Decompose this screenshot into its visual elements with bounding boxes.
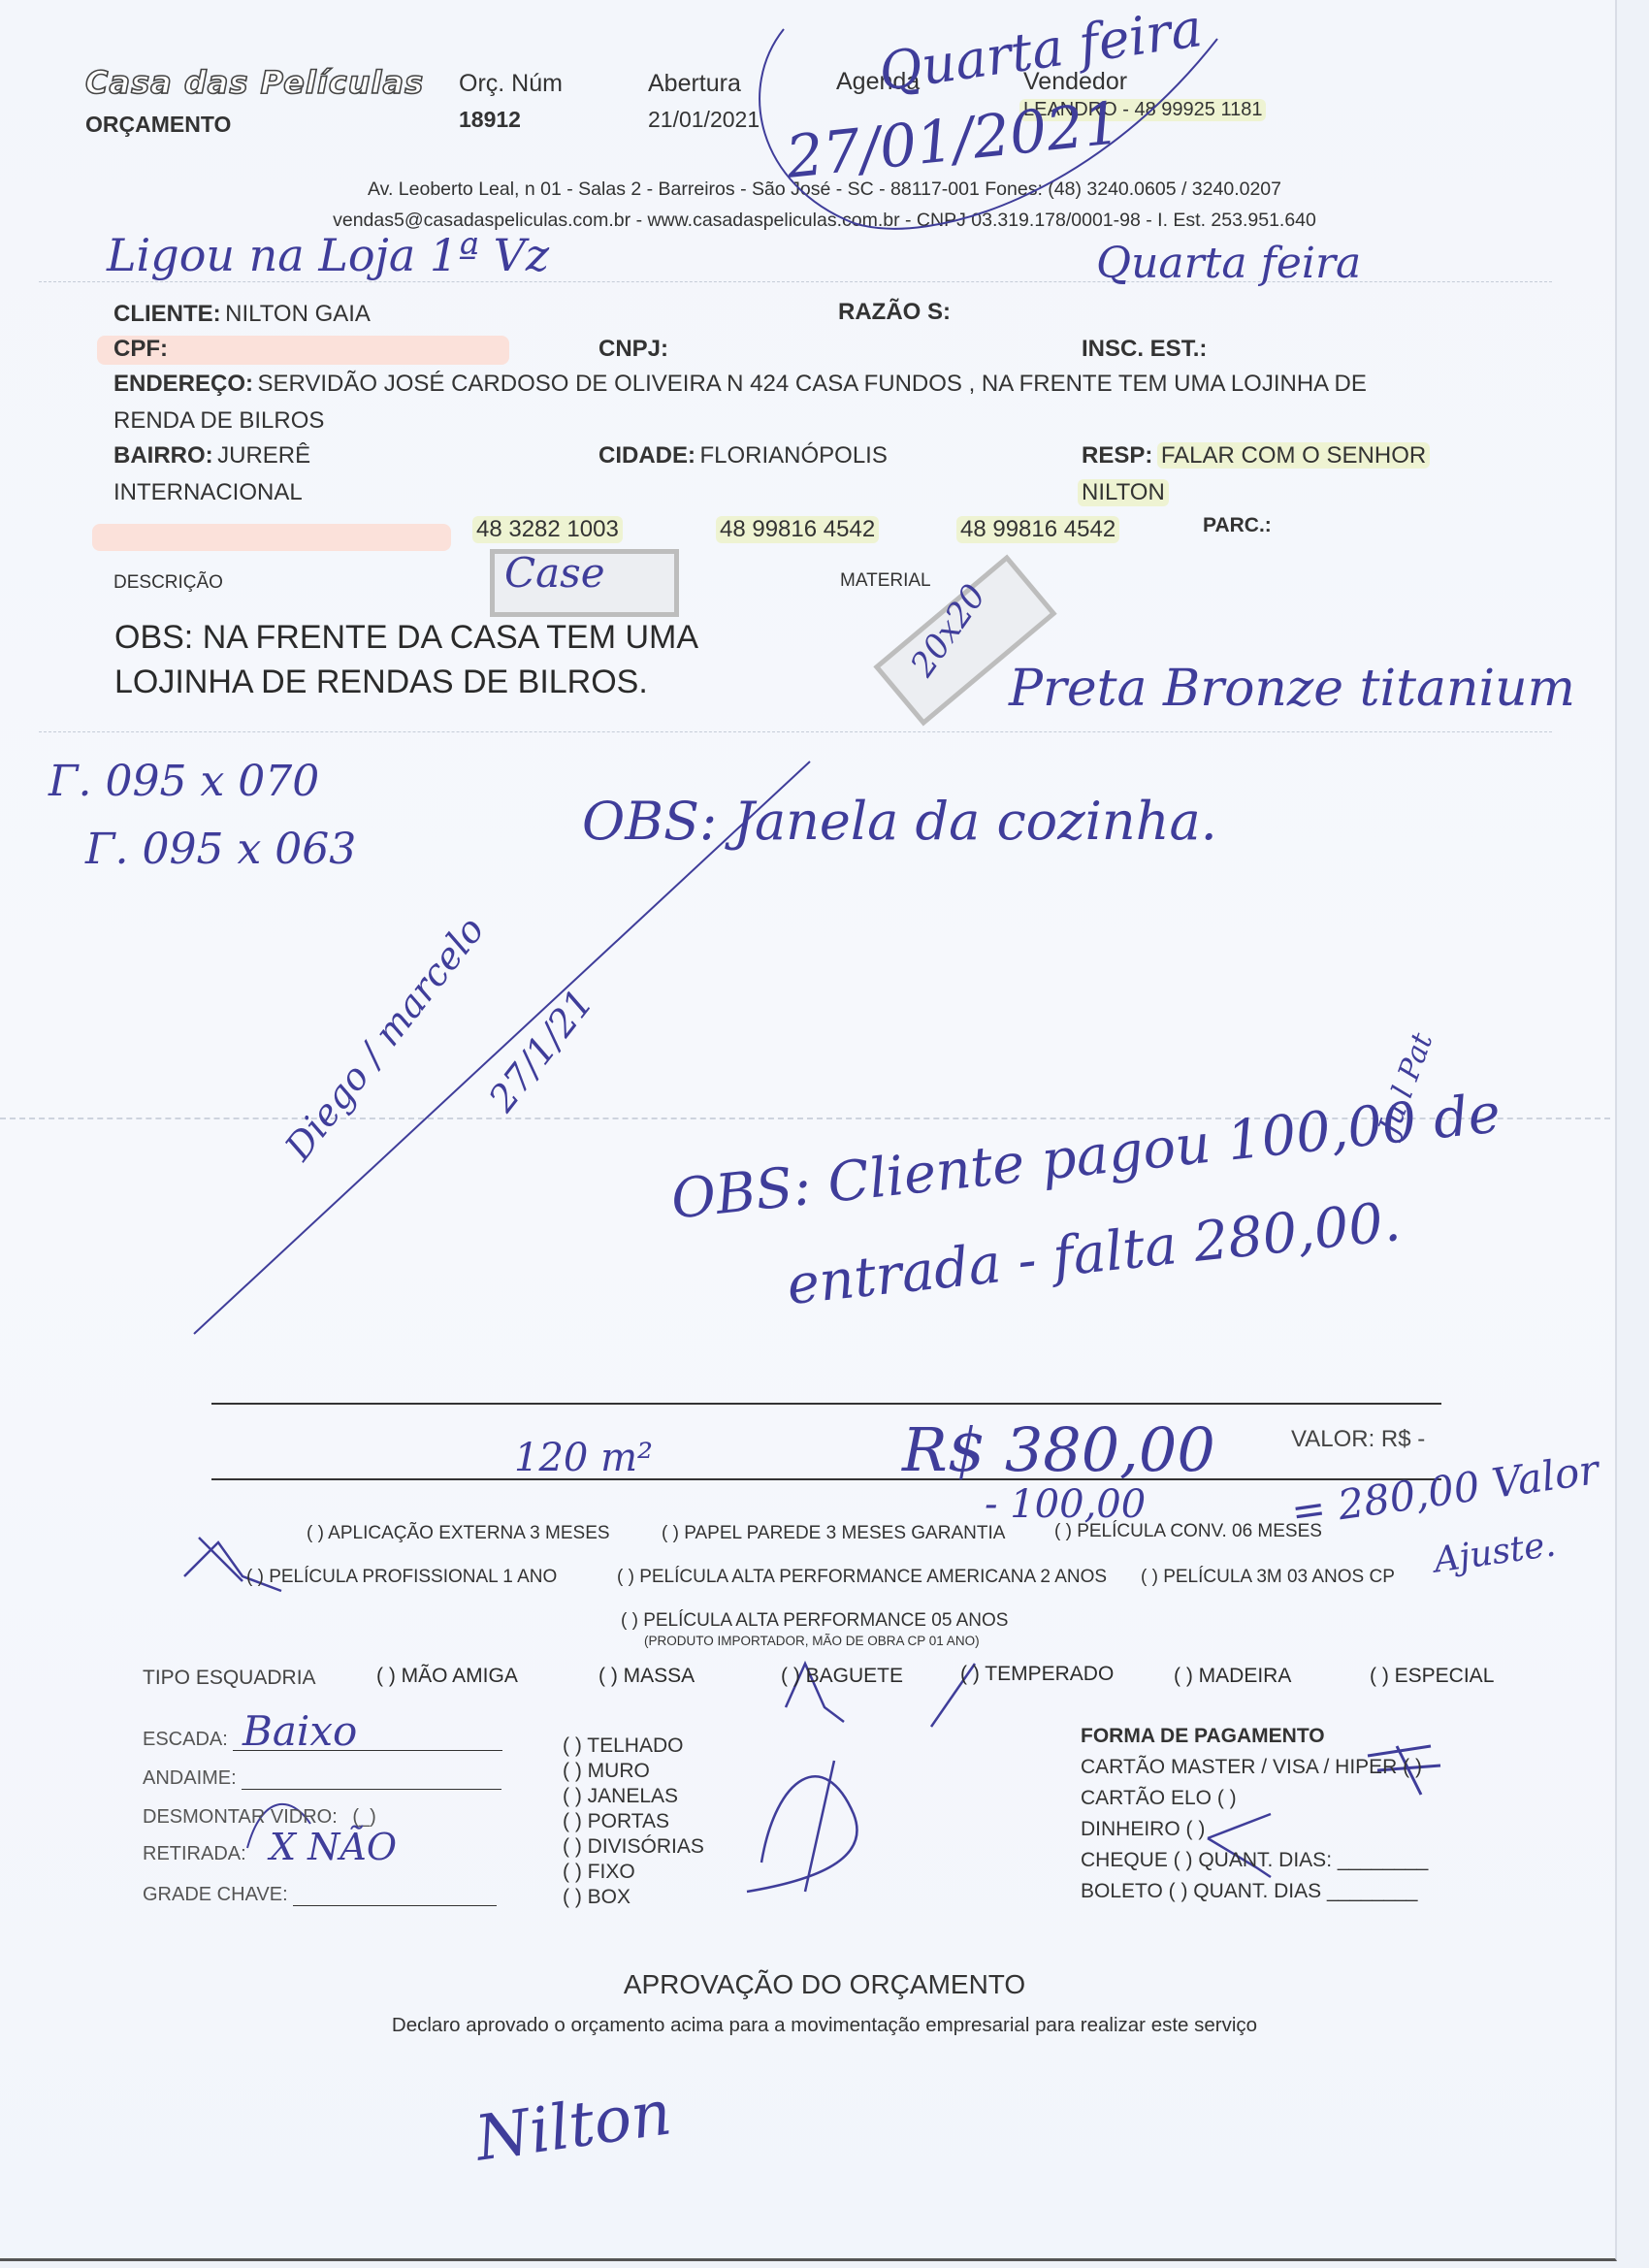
bairro-value: JURERÊ <box>217 442 310 469</box>
desmontar-label: DESMONTAR VIDRO: <box>143 1806 338 1828</box>
cidade-value: FLORIANÓPOLIS <box>699 442 887 469</box>
location-portas[interactable]: ( ) PORTAS <box>563 1809 704 1834</box>
esquadria-madeira[interactable]: ( ) MADEIRA <box>1174 1665 1291 1688</box>
cidade-field: CIDADE: FLORIANÓPOLIS <box>598 442 888 470</box>
measure-2: Γ. 095 x 063 <box>85 825 356 874</box>
payment-cartao-master[interactable]: CARTÃO MASTER / VISA / HIPER ( ) <box>1081 1752 1428 1783</box>
grade-chave-input[interactable] <box>293 1886 497 1906</box>
material-label: MATERIAL <box>840 570 931 592</box>
phone-redaction <box>92 524 451 551</box>
andaime-input[interactable] <box>242 1769 501 1790</box>
option-aplicacao-externa[interactable]: ( ) APLICAÇÃO EXTERNA 3 MESES <box>307 1523 610 1544</box>
phone-2: 48 99816 4542 <box>716 516 879 543</box>
location-divisorias[interactable]: ( ) DIVISÓRIAS <box>563 1834 704 1860</box>
measure-1: Γ. 095 x 070 <box>48 757 319 806</box>
esquadria-massa[interactable]: ( ) MASSA <box>598 1665 695 1688</box>
option-pelicula-profissional[interactable]: ( ) PELÍCULA PROFISSIONAL 1 ANO <box>246 1567 557 1588</box>
cliente-value: NILTON GAIA <box>225 301 371 327</box>
orc-num: 18912 <box>459 107 521 133</box>
retirada-label: RETIRADA: <box>143 1843 246 1865</box>
esquadria-baguete[interactable]: ( ) BAGUETE <box>781 1665 903 1688</box>
orc-num-label: Orç. Núm <box>459 70 563 98</box>
cliente-label: CLIENTE: <box>113 301 221 327</box>
value-line-1 <box>211 1403 1441 1405</box>
location-list: ( ) TELHADO ( ) MURO ( ) JANELAS ( ) POR… <box>563 1733 704 1910</box>
resp-label: RESP: <box>1082 442 1152 469</box>
endereco-line2: RENDA DE BILROS <box>113 407 324 435</box>
valor-label: VALOR: R$ - <box>1291 1426 1425 1453</box>
company-logo: Casa das Películas <box>85 64 424 101</box>
divider <box>39 731 1552 732</box>
option-pelicula-3m[interactable]: ( ) PELÍCULA 3M 03 ANOS CP <box>1141 1567 1395 1588</box>
payment-cheque[interactable]: CHEQUE ( ) QUANT. DIAS: ________ <box>1081 1845 1428 1876</box>
payment-section: FORMA DE PAGAMENTO CARTÃO MASTER / VISA … <box>1081 1721 1428 1907</box>
parc-label: PARC.: <box>1203 514 1272 537</box>
call-note: Ligou na Loja 1ª Vz <box>107 229 549 281</box>
esquadria-label: TIPO ESQUADRIA <box>143 1667 316 1690</box>
cpf-label: CPF: <box>113 336 168 363</box>
andaime-label: ANDAIME: <box>143 1767 237 1789</box>
escada-label: ESCADA: <box>143 1729 228 1750</box>
location-fixo[interactable]: ( ) FIXO <box>563 1860 704 1885</box>
payment-boleto[interactable]: BOLETO ( ) QUANT. DIAS ________ <box>1081 1876 1428 1907</box>
razao-label: RAZÃO S: <box>838 299 951 326</box>
approval-statement: Declaro aprovado o orçamento acima para … <box>0 2014 1649 2037</box>
insc-est-label: INSC. EST.: <box>1082 336 1207 363</box>
signoff-date: 27/1/21 <box>480 981 601 1119</box>
cnpj-label: CNPJ: <box>598 336 668 363</box>
agenda-date: 27/01/2021 <box>783 89 1123 192</box>
bairro-field: BAIRRO: JURERÊ <box>113 442 310 470</box>
price-value: R$ 380,00 <box>902 1414 1215 1485</box>
payment-dinheiro[interactable]: DINHEIRO ( ) <box>1081 1814 1428 1845</box>
abertura-date: 21/01/2021 <box>648 107 760 133</box>
quote-document: Casa das Películas ORÇAMENTO Orç. Núm 18… <box>0 0 1617 2261</box>
area-value: 120 m² <box>514 1436 653 1480</box>
payment-cartao-elo[interactable]: CARTÃO ELO ( ) <box>1081 1783 1428 1814</box>
location-janelas[interactable]: ( ) JANELAS <box>563 1784 704 1809</box>
cliente-field: CLIENTE: NILTON GAIA <box>113 301 371 328</box>
descricao-label: DESCRIÇÃO <box>113 572 223 594</box>
esquadria-temperado[interactable]: ( ) TEMPERADO <box>960 1663 1114 1686</box>
phone-1: 48 3282 1003 <box>472 516 623 543</box>
desmontar-checkbox[interactable]: (_) <box>352 1806 375 1828</box>
option-alta-performance-americana[interactable]: ( ) PELÍCULA ALTA PERFORMANCE AMERICANA … <box>617 1567 1107 1588</box>
esquadria-mao-amiga[interactable]: ( ) MÃO AMIGA <box>376 1665 518 1688</box>
cidade-label: CIDADE: <box>598 442 695 469</box>
payment-title: FORMA DE PAGAMENTO <box>1081 1721 1428 1752</box>
balance-value: = 280,00 Valor <box>1288 1445 1601 1536</box>
bairro-line2: INTERNACIONAL <box>113 479 303 506</box>
option-pelicula-conv[interactable]: ( ) PELÍCULA CONV. 06 MESES <box>1054 1521 1322 1542</box>
endereco-label: ENDEREÇO: <box>113 371 253 397</box>
location-muro[interactable]: ( ) MURO <box>563 1759 704 1784</box>
endereco-line1: SERVIDÃO JOSÉ CARDOSO DE OLIVEIRA N 424 … <box>257 371 1366 397</box>
option-alta-performance-05[interactable]: ( ) PELÍCULA ALTA PERFORMANCE 05 ANOS <box>621 1610 1008 1632</box>
case-stamp-text: Case <box>504 549 605 597</box>
ajuste-note: Ajuste. <box>1432 1524 1559 1580</box>
obs-line-2: LOJINHA DE RENDAS DE BILROS. <box>114 660 698 704</box>
abertura-label: Abertura <box>648 70 741 98</box>
grade-chave-field: GRADE CHAVE: <box>143 1884 497 1906</box>
retirada-value: X NÃO <box>270 1826 397 1868</box>
obs-window-note: OBS: Janela da cozinha. <box>582 791 1217 852</box>
approval-title: APROVAÇÃO DO ORÇAMENTO <box>0 1969 1649 2000</box>
location-box[interactable]: ( ) BOX <box>563 1885 704 1910</box>
value-line-2 <box>211 1478 1441 1480</box>
material-note: Preta Bronze titanium <box>1009 660 1575 718</box>
option-papel-parede[interactable]: ( ) PAPEL PAREDE 3 MESES GARANTIA <box>662 1523 1005 1544</box>
client-signature: Nilton <box>471 2077 676 2175</box>
esquadria-especial[interactable]: ( ) ESPECIAL <box>1370 1665 1494 1688</box>
escada-value: Baixo <box>242 1707 357 1755</box>
resp-value: FALAR COM O SENHOR <box>1157 442 1430 469</box>
weekday-note: Quarta feira <box>1096 239 1361 288</box>
signoff-names: Diego / marcelo <box>276 909 492 1168</box>
andaime-field: ANDAIME: <box>143 1767 501 1790</box>
resp-field: RESP: FALAR COM O SENHOR <box>1082 442 1430 470</box>
description-obs: OBS: NA FRENTE DA CASA TEM UMA LOJINHA D… <box>114 615 698 704</box>
document-type: ORÇAMENTO <box>85 112 231 138</box>
bairro-label: BAIRRO: <box>113 442 213 469</box>
obs-line-1: OBS: NA FRENTE DA CASA TEM UMA <box>114 615 698 660</box>
phone-3: 48 99816 4542 <box>956 516 1119 543</box>
location-telhado[interactable]: ( ) TELHADO <box>563 1733 704 1759</box>
resp-line2: NILTON <box>1078 479 1169 506</box>
endereco-field: ENDEREÇO: SERVIDÃO JOSÉ CARDOSO DE OLIVE… <box>113 371 1367 398</box>
grade-chave-label: GRADE CHAVE: <box>143 1884 288 1905</box>
option-alta-performance-note: (PRODUTO IMPORTADOR, MÃO DE OBRA CP 01 A… <box>644 1634 980 1648</box>
